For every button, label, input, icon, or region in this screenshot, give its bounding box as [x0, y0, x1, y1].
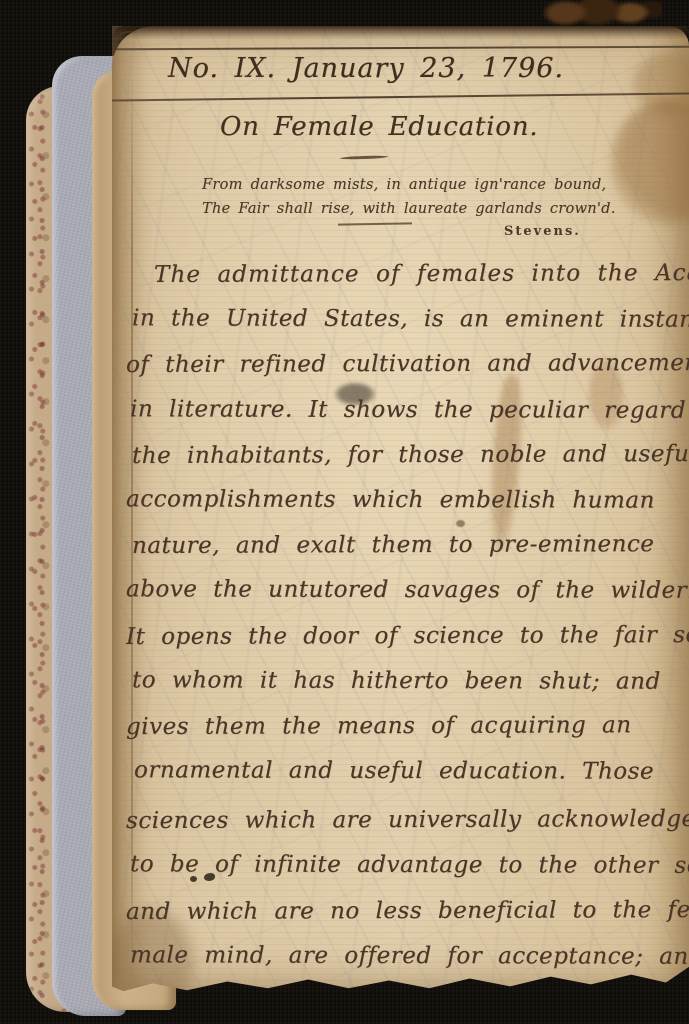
manuscript-line: in literature. It shows the peculiar reg…: [130, 387, 689, 434]
manuscript-line: male mind, are offered for acceptance; a…: [130, 933, 689, 980]
page-title: On Female Education.: [220, 112, 538, 142]
manuscript-line: accomplishments which embellish human: [126, 477, 689, 524]
manuscript-line: gives them the means of acquiring an: [126, 703, 689, 750]
title-underline-flourish: [340, 155, 388, 160]
header-rule-top: [110, 46, 689, 51]
issue-date: January 23, 1796.: [292, 53, 564, 84]
manuscript-line: ornamental and useful education. Those: [134, 748, 689, 795]
manuscript-line: and which are no less beneficial to the …: [126, 888, 689, 935]
header-rule-bottom: [110, 92, 689, 101]
epigraph: From darksome mists, in antique ign'ranc…: [202, 173, 616, 221]
epigraph-line: The Fair shall rise, with laureate garla…: [202, 197, 616, 221]
epigraph-line: From darksome mists, in antique ign'ranc…: [202, 173, 616, 197]
manuscript-line: It opens the door of science to the fair…: [126, 613, 689, 660]
manuscript-line: in the United States, is an eminent inst…: [132, 296, 689, 343]
stain-blob: [632, 52, 689, 116]
epigraph-underline: [338, 222, 412, 225]
manuscript-line: to whom it has hitherto been shut; and: [132, 658, 689, 705]
manuscript-line: The admittance of females into the Acade…: [154, 252, 689, 298]
manuscript-line: of their refined cultivation and advance…: [126, 341, 689, 388]
issue-number: No. IX.: [168, 53, 276, 84]
manuscript-line: sciences which are universally acknowled…: [126, 797, 689, 844]
manuscript-line: the inhabitants, for those noble and use…: [132, 432, 689, 479]
epigraph-attribution: Stevens.: [504, 224, 581, 239]
manuscript-page: No. IX. January 23, 1796. On Female Educ…: [112, 26, 689, 998]
article-body: The admittance of females into the Acade…: [126, 252, 689, 998]
masthead: No. IX. January 23, 1796.: [168, 53, 564, 84]
manuscript-line: above the untutored savages of the wilde…: [126, 568, 689, 615]
manuscript-line: to be of infinite advantage to the other…: [130, 843, 689, 890]
stain-blob: [610, 100, 689, 225]
corner-scribble-mark: [116, 29, 138, 44]
manuscript-line: nature, and exalt them to pre-eminence: [132, 522, 689, 569]
photograph-of-manuscript: No. IX. January 23, 1796. On Female Educ…: [0, 0, 689, 1024]
